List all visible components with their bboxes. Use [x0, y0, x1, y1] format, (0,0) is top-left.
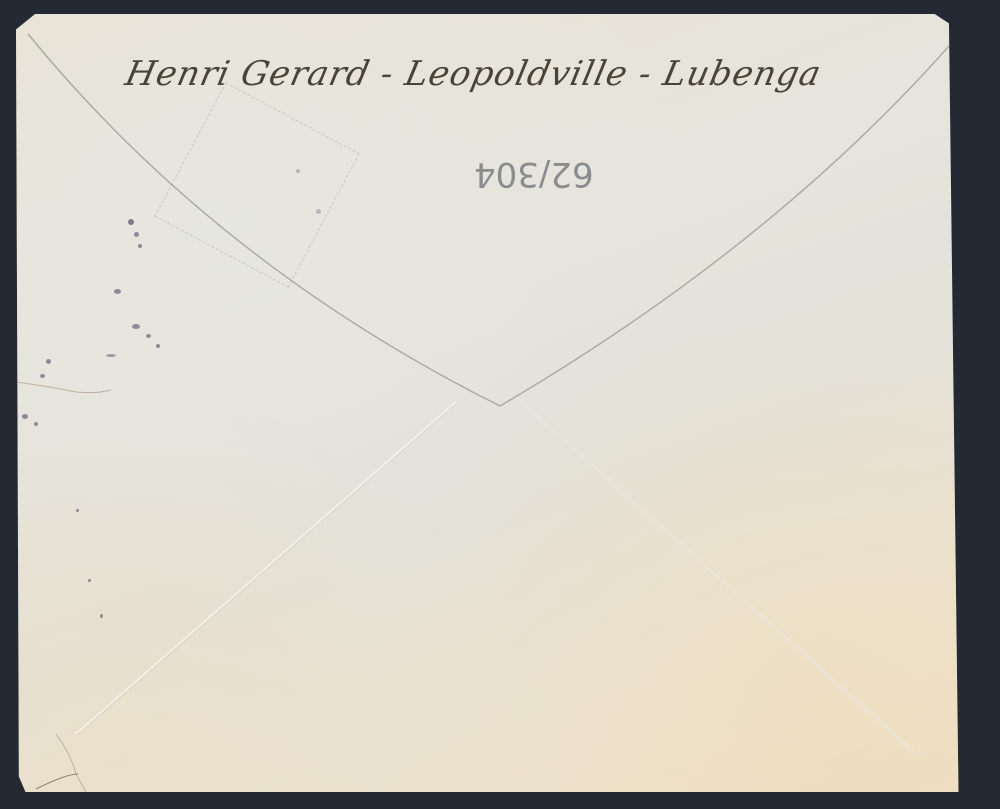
pencil-note: 62/304 — [474, 154, 594, 194]
sender-handwriting: Henri Gerard - Leopoldville - Lubenga — [122, 54, 825, 94]
envelope-back: Henri Gerard - Leopoldville - Lubenga 62… — [16, 14, 968, 792]
envelope-fold-lines — [16, 14, 968, 792]
